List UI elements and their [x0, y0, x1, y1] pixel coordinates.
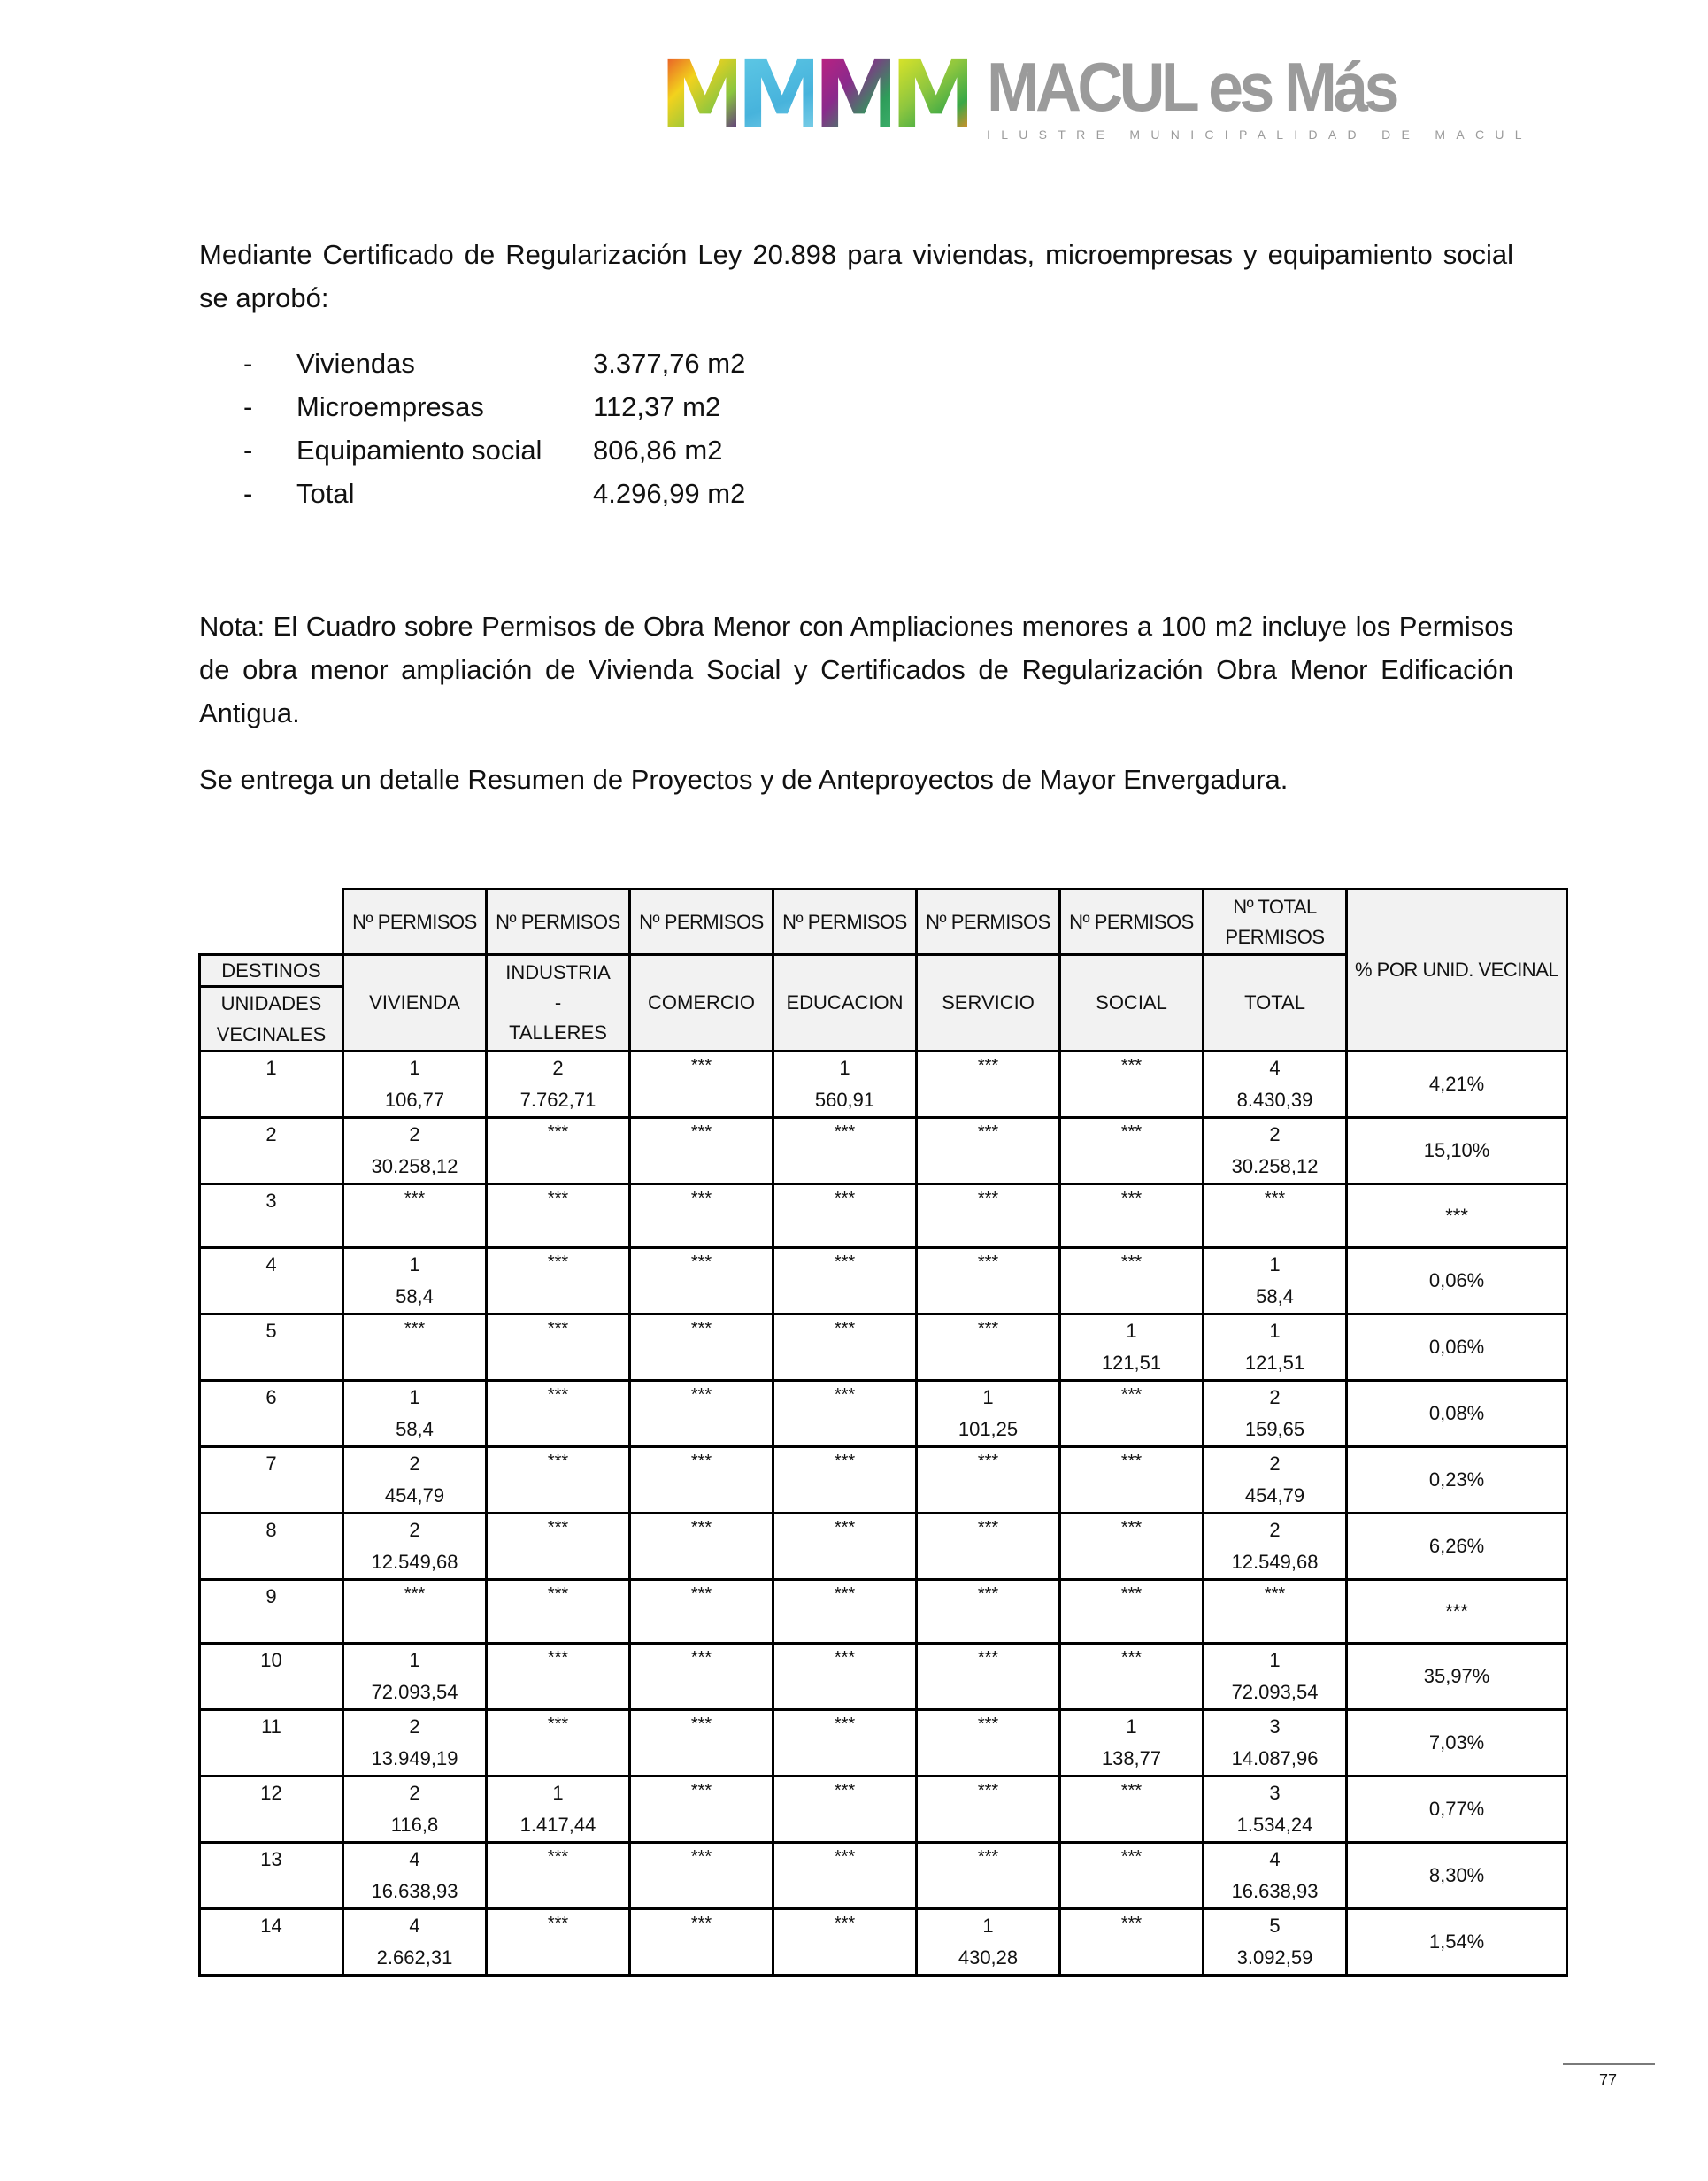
- permit-count: 1: [1204, 1645, 1345, 1676]
- permit-cell: ***: [487, 1381, 630, 1447]
- permit-cell: ***: [1060, 1184, 1204, 1248]
- no-data-marker: ***: [774, 1581, 915, 1607]
- column-header-permits: Nº TOTAL PERMISOS: [1204, 890, 1347, 955]
- permit-cell: ***: [917, 1644, 1060, 1710]
- bullet-dash: -: [243, 385, 296, 428]
- permit-cell: ***: [487, 1314, 630, 1381]
- column-header-permits: Nº PERMISOS: [917, 890, 1060, 955]
- permit-cell: ***: [917, 1184, 1060, 1248]
- percent-cell: 0,77%: [1347, 1776, 1567, 1843]
- no-data-marker: ***: [918, 1052, 1058, 1079]
- neighborhood-unit-cell: 14: [200, 1909, 343, 1976]
- column-header-destination: SOCIAL: [1060, 955, 1204, 1052]
- permit-cell: 42.662,31: [343, 1909, 487, 1976]
- permit-cell: 212.549,68: [343, 1514, 487, 1580]
- neighborhood-unit-cell: 8: [200, 1514, 343, 1580]
- permit-cell: ***: [487, 1580, 630, 1644]
- no-data-marker: ***: [774, 1249, 915, 1275]
- no-data-marker: ***: [488, 1711, 628, 1738]
- permit-cell: 1121,51: [1060, 1314, 1204, 1381]
- neighborhood-unit-cell: 11: [200, 1710, 343, 1776]
- table-row: 5***************1121,511121,510,06%: [200, 1314, 1567, 1381]
- permit-cell: ***: [917, 1052, 1060, 1118]
- permit-count: 2: [344, 1711, 485, 1743]
- item-value: 806,86 m2: [593, 428, 723, 472]
- no-data-marker: ***: [1061, 1581, 1202, 1607]
- permit-cell: ***: [773, 1909, 917, 1976]
- no-data-marker: ***: [918, 1315, 1058, 1342]
- permit-cell: 2159,65: [1204, 1381, 1347, 1447]
- no-data-marker: ***: [918, 1844, 1058, 1870]
- permit-count: 4: [1204, 1844, 1345, 1876]
- permit-cell: ***: [630, 1447, 773, 1514]
- permit-area: 8.430,39: [1204, 1084, 1345, 1116]
- summary-paragraph: Se entrega un detalle Resumen de Proyect…: [199, 758, 1513, 801]
- permit-count: 2: [344, 1119, 485, 1151]
- list-item: -Total4.296,99 m2: [243, 472, 745, 515]
- permit-count: 2: [344, 1514, 485, 1546]
- permit-cell: ***: [773, 1248, 917, 1314]
- permit-area: 12.549,68: [344, 1546, 485, 1578]
- permit-cell: ***: [773, 1776, 917, 1843]
- no-data-marker: ***: [631, 1185, 772, 1212]
- percent-cell: 8,30%: [1347, 1843, 1567, 1909]
- page-number: 77: [1599, 2071, 1617, 2090]
- permit-count: 1: [918, 1910, 1058, 1942]
- permit-cell: ***: [917, 1248, 1060, 1314]
- permit-cell: ***: [630, 1710, 773, 1776]
- no-data-marker: ***: [918, 1514, 1058, 1541]
- permit-area: 16.638,93: [1204, 1876, 1345, 1907]
- percent-header: % POR UNID. VECINAL: [1347, 890, 1567, 1052]
- neighborhood-unit-cell: 13: [200, 1843, 343, 1909]
- permit-cell: ***: [773, 1118, 917, 1184]
- permit-cell: ***: [487, 1843, 630, 1909]
- permit-cell: ***: [917, 1843, 1060, 1909]
- permit-cell: ***: [773, 1843, 917, 1909]
- item-label: Total: [296, 472, 593, 515]
- permit-cell: 31.534,24: [1204, 1776, 1347, 1843]
- permit-cell: 230.258,12: [343, 1118, 487, 1184]
- permit-cell: ***: [1060, 1118, 1204, 1184]
- no-data-marker: ***: [774, 1777, 915, 1804]
- column-header-permits: Nº PERMISOS: [773, 890, 917, 955]
- no-data-marker: ***: [1061, 1185, 1202, 1212]
- empty-header-cell: [200, 890, 343, 955]
- item-value: 4.296,99 m2: [593, 472, 745, 515]
- no-data-marker: ***: [631, 1581, 772, 1607]
- no-data-marker: ***: [631, 1382, 772, 1408]
- permit-cell: ***: [487, 1447, 630, 1514]
- permit-count: 3: [1204, 1711, 1345, 1743]
- permit-cell: ***: [773, 1710, 917, 1776]
- no-data-marker: ***: [1061, 1777, 1202, 1804]
- permit-cell: ***: [773, 1580, 917, 1644]
- permit-cell: ***: [773, 1381, 917, 1447]
- permit-cell: 1106,77: [343, 1052, 487, 1118]
- no-data-marker: ***: [774, 1645, 915, 1671]
- permit-area: 58,4: [344, 1414, 485, 1445]
- permit-cell: 416.638,93: [1204, 1843, 1347, 1909]
- column-header-permits: Nº PERMISOS: [343, 890, 487, 955]
- no-data-marker: ***: [1204, 1185, 1345, 1212]
- no-data-marker: ***: [774, 1185, 915, 1212]
- column-header-destination: TOTAL: [1204, 955, 1347, 1052]
- no-data-marker: ***: [344, 1581, 485, 1607]
- no-data-marker: ***: [918, 1777, 1058, 1804]
- no-data-marker: ***: [488, 1844, 628, 1870]
- permit-cell: 1430,28: [917, 1909, 1060, 1976]
- permit-area: 3.092,59: [1204, 1942, 1345, 1974]
- permit-cell: ***: [343, 1314, 487, 1381]
- permit-area: 14.087,96: [1204, 1743, 1345, 1775]
- permit-count: 1: [344, 1382, 485, 1414]
- no-data-marker: ***: [488, 1119, 628, 1145]
- permit-area: 121,51: [1061, 1347, 1202, 1379]
- permit-cell: ***: [1060, 1580, 1204, 1644]
- permit-cell: ***: [917, 1776, 1060, 1843]
- permit-cell: ***: [917, 1314, 1060, 1381]
- no-data-marker: ***: [488, 1382, 628, 1408]
- no-data-marker: ***: [774, 1315, 915, 1342]
- neighborhood-unit-cell: 9: [200, 1580, 343, 1644]
- permit-count: 1: [918, 1382, 1058, 1414]
- neighborhood-unit-cell: 7: [200, 1447, 343, 1514]
- no-data-marker: ***: [631, 1448, 772, 1475]
- permit-count: 1: [344, 1249, 485, 1281]
- no-data-marker: ***: [918, 1711, 1058, 1738]
- no-data-marker: ***: [1061, 1382, 1202, 1408]
- item-label: Equipamiento social: [296, 428, 593, 472]
- percent-cell: 4,21%: [1347, 1052, 1567, 1118]
- permit-cell: ***: [1060, 1644, 1204, 1710]
- no-data-marker: ***: [631, 1119, 772, 1145]
- permit-cell: 1138,77: [1060, 1710, 1204, 1776]
- no-data-marker: ***: [1061, 1514, 1202, 1541]
- approved-area-list: -Viviendas3.377,76 m2-Microempresas112,3…: [243, 342, 745, 515]
- logo-wordmark: MACUL es Más ILUSTRE MUNICIPALIDAD DE MA…: [987, 55, 1533, 142]
- permit-cell: ***: [487, 1514, 630, 1580]
- permit-area: 454,79: [1204, 1480, 1345, 1512]
- permit-area: 58,4: [1204, 1281, 1345, 1313]
- no-data-marker: ***: [918, 1119, 1058, 1145]
- permit-area: 1.534,24: [1204, 1809, 1345, 1841]
- table-header-row-1: Nº PERMISOSNº PERMISOSNº PERMISOSNº PERM…: [200, 890, 1567, 955]
- no-data-marker: ***: [1061, 1119, 1202, 1145]
- no-data-marker: ***: [631, 1052, 772, 1079]
- permit-cell: 314.087,96: [1204, 1710, 1347, 1776]
- column-header-permits: Nº PERMISOS: [630, 890, 773, 955]
- permit-cell: ***: [1060, 1909, 1204, 1976]
- column-header-permits: Nº PERMISOS: [1060, 890, 1204, 955]
- logo-subtitle: ILUSTRE MUNICIPALIDAD DE MACUL: [987, 127, 1533, 142]
- permit-cell: ***: [917, 1118, 1060, 1184]
- no-data-marker: ***: [1061, 1645, 1202, 1671]
- permit-cell: ***: [917, 1447, 1060, 1514]
- permit-area: 101,25: [918, 1414, 1058, 1445]
- note-paragraph: Nota: El Cuadro sobre Permisos de Obra M…: [199, 605, 1513, 735]
- permit-cell: 158,4: [1204, 1248, 1347, 1314]
- permit-count: 2: [1204, 1448, 1345, 1480]
- no-data-marker: ***: [918, 1249, 1058, 1275]
- item-label: Viviendas: [296, 342, 593, 385]
- permit-area: 430,28: [918, 1942, 1058, 1974]
- percent-cell: 7,03%: [1347, 1710, 1567, 1776]
- column-header-permits: Nº PERMISOS: [487, 890, 630, 955]
- permit-cell: 230.258,12: [1204, 1118, 1347, 1184]
- neighborhood-unit-cell: 10: [200, 1644, 343, 1710]
- permit-cell: ***: [630, 1248, 773, 1314]
- municipality-logo: M M M M MACUL es Más ILUSTRE MUNICIPALID…: [659, 55, 1533, 143]
- table-row: 9************************: [200, 1580, 1567, 1644]
- permit-area: 106,77: [344, 1084, 485, 1116]
- permits-table: Nº PERMISOSNº PERMISOSNº PERMISOSNº PERM…: [198, 888, 1568, 1977]
- permit-cell: ***: [487, 1909, 630, 1976]
- permit-cell: 1101,25: [917, 1381, 1060, 1447]
- permit-cell: ***: [773, 1644, 917, 1710]
- table-row: 10172.093,54***************172.093,5435,…: [200, 1644, 1567, 1710]
- permit-cell: 172.093,54: [1204, 1644, 1347, 1710]
- permit-cell: ***: [1060, 1381, 1204, 1447]
- permit-cell: ***: [630, 1314, 773, 1381]
- permit-cell: ***: [630, 1580, 773, 1644]
- permit-cell: 158,4: [343, 1248, 487, 1314]
- percent-cell: 15,10%: [1347, 1118, 1567, 1184]
- permit-cell: ***: [630, 1644, 773, 1710]
- list-item: -Viviendas3.377,76 m2: [243, 342, 745, 385]
- no-data-marker: ***: [774, 1844, 915, 1870]
- permit-count: 1: [488, 1777, 628, 1809]
- permit-area: 7.762,71: [488, 1084, 628, 1116]
- permit-count: 1: [1061, 1315, 1202, 1347]
- permit-cell: ***: [487, 1184, 630, 1248]
- no-data-marker: ***: [918, 1448, 1058, 1475]
- no-data-marker: ***: [631, 1514, 772, 1541]
- logo-letter: M: [736, 55, 813, 135]
- table-row: 11106,7727.762,71***1560,91******48.430,…: [200, 1052, 1567, 1118]
- no-data-marker: ***: [1061, 1448, 1202, 1475]
- no-data-marker: ***: [488, 1910, 628, 1937]
- permit-cell: ***: [487, 1248, 630, 1314]
- permit-cell: 1560,91: [773, 1052, 917, 1118]
- permit-cell: 416.638,93: [343, 1843, 487, 1909]
- no-data-marker: ***: [1061, 1844, 1202, 1870]
- permit-count: 3: [1204, 1777, 1345, 1809]
- no-data-marker: ***: [918, 1185, 1058, 1212]
- permit-cell: ***: [917, 1580, 1060, 1644]
- permit-area: 116,8: [344, 1809, 485, 1841]
- no-data-marker: ***: [488, 1249, 628, 1275]
- percent-cell: 0,23%: [1347, 1447, 1567, 1514]
- no-data-marker: ***: [774, 1910, 915, 1937]
- no-data-marker: ***: [344, 1315, 485, 1342]
- neighborhood-unit-cell: 1: [200, 1052, 343, 1118]
- no-data-marker: ***: [631, 1249, 772, 1275]
- table-row: 8212.549,68***************212.549,686,26…: [200, 1514, 1567, 1580]
- permit-cell: ***: [630, 1052, 773, 1118]
- permit-count: 5: [1204, 1910, 1345, 1942]
- item-label: Microempresas: [296, 385, 593, 428]
- list-item: -Microempresas112,37 m2: [243, 385, 745, 428]
- item-value: 112,37 m2: [593, 385, 720, 428]
- permit-area: 2.662,31: [344, 1942, 485, 1974]
- permit-count: 2: [344, 1777, 485, 1809]
- no-data-marker: ***: [1061, 1249, 1202, 1275]
- permit-cell: 11.417,44: [487, 1776, 630, 1843]
- permit-cell: ***: [630, 1514, 773, 1580]
- permit-area: 454,79: [344, 1480, 485, 1512]
- permit-area: 13.949,19: [344, 1743, 485, 1775]
- neighborhood-unit-cell: 12: [200, 1776, 343, 1843]
- no-data-marker: ***: [774, 1382, 915, 1408]
- permit-cell: ***: [1204, 1580, 1347, 1644]
- permit-cell: ***: [773, 1447, 917, 1514]
- bullet-dash: -: [243, 472, 296, 515]
- no-data-marker: ***: [488, 1315, 628, 1342]
- permit-cell: ***: [630, 1909, 773, 1976]
- permit-cell: ***: [1060, 1776, 1204, 1843]
- permit-cell: ***: [1060, 1514, 1204, 1580]
- logo-letter: M: [659, 55, 736, 135]
- no-data-marker: ***: [774, 1711, 915, 1738]
- logo-title: MACUL es Más: [987, 55, 1489, 119]
- permit-cell: 158,4: [343, 1381, 487, 1447]
- column-header-destination: VIVIENDA: [343, 955, 487, 1052]
- table-row: 4158,4***************158,40,06%: [200, 1248, 1567, 1314]
- table-row: 6158,4*********1101,25***2159,650,08%: [200, 1381, 1567, 1447]
- permit-area: 58,4: [344, 1281, 485, 1313]
- no-data-marker: ***: [1204, 1581, 1345, 1607]
- table-row: 122116,811.417,44************31.534,240,…: [200, 1776, 1567, 1843]
- unidades-vecinales-label: UNIDADES VECINALES: [201, 988, 342, 1050]
- percent-cell: 0,06%: [1347, 1248, 1567, 1314]
- permit-count: 1: [1204, 1315, 1345, 1347]
- neighborhood-unit-cell: 3: [200, 1184, 343, 1248]
- permit-cell: 2454,79: [343, 1447, 487, 1514]
- no-data-marker: ***: [631, 1645, 772, 1671]
- permit-count: 4: [344, 1910, 485, 1942]
- table-row: 11213.949,19************1138,77314.087,9…: [200, 1710, 1567, 1776]
- item-value: 3.377,76 m2: [593, 342, 745, 385]
- permit-cell: ***: [630, 1118, 773, 1184]
- table-row: 3************************: [200, 1184, 1567, 1248]
- percent-cell: 0,08%: [1347, 1381, 1567, 1447]
- percent-cell: 0,06%: [1347, 1314, 1567, 1381]
- logo-letter: M: [813, 55, 890, 135]
- permit-cell: 212.549,68: [1204, 1514, 1347, 1580]
- permit-cell: 1121,51: [1204, 1314, 1347, 1381]
- permit-cell: ***: [1060, 1843, 1204, 1909]
- no-data-marker: ***: [631, 1315, 772, 1342]
- permit-cell: 2454,79: [1204, 1447, 1347, 1514]
- table-row: 1442.662,31*********1430,28***53.092,591…: [200, 1909, 1567, 1976]
- permit-cell: ***: [1060, 1248, 1204, 1314]
- percent-cell: 35,97%: [1347, 1644, 1567, 1710]
- no-data-marker: ***: [488, 1581, 628, 1607]
- permit-cell: ***: [343, 1580, 487, 1644]
- permit-count: 4: [344, 1844, 485, 1876]
- footer-rule: [1563, 2063, 1655, 2065]
- permit-cell: ***: [343, 1184, 487, 1248]
- no-data-marker: ***: [488, 1645, 628, 1671]
- no-data-marker: ***: [631, 1844, 772, 1870]
- permit-cell: ***: [630, 1776, 773, 1843]
- permit-cell: ***: [630, 1184, 773, 1248]
- neighborhood-unit-cell: 2: [200, 1118, 343, 1184]
- permit-count: 2: [1204, 1119, 1345, 1151]
- neighborhood-unit-cell: 6: [200, 1381, 343, 1447]
- permit-cell: ***: [487, 1710, 630, 1776]
- permit-area: 72.093,54: [344, 1676, 485, 1708]
- permit-count: 2: [344, 1448, 485, 1480]
- percent-cell: 1,54%: [1347, 1909, 1567, 1976]
- permit-count: 1: [344, 1052, 485, 1084]
- permit-cell: ***: [1204, 1184, 1347, 1248]
- no-data-marker: ***: [488, 1514, 628, 1541]
- permit-cell: ***: [773, 1184, 917, 1248]
- logo-letter: M: [890, 55, 967, 135]
- no-data-marker: ***: [1061, 1052, 1202, 1079]
- permit-count: 2: [1204, 1382, 1345, 1414]
- permit-cell: ***: [917, 1710, 1060, 1776]
- permit-area: 560,91: [774, 1084, 915, 1116]
- permit-count: 1: [1204, 1249, 1345, 1281]
- permit-cell: ***: [487, 1644, 630, 1710]
- table-row: 2230.258,12***************230.258,1215,1…: [200, 1118, 1567, 1184]
- column-header-destination: COMERCIO: [630, 955, 773, 1052]
- table-row: 72454,79***************2454,790,23%: [200, 1447, 1567, 1514]
- permit-area: 16.638,93: [344, 1876, 485, 1907]
- permit-cell: 27.762,71: [487, 1052, 630, 1118]
- permit-area: 72.093,54: [1204, 1676, 1345, 1708]
- permit-area: 138,77: [1061, 1743, 1202, 1775]
- permit-cell: ***: [487, 1118, 630, 1184]
- list-item: -Equipamiento social806,86 m2: [243, 428, 745, 472]
- destinos-label: DESTINOS: [201, 956, 342, 988]
- permit-area: 30.258,12: [344, 1151, 485, 1183]
- bullet-dash: -: [243, 428, 296, 472]
- permit-cell: 2116,8: [343, 1776, 487, 1843]
- no-data-marker: ***: [488, 1448, 628, 1475]
- permit-count: 2: [1204, 1514, 1345, 1546]
- permit-area: 1.417,44: [488, 1809, 628, 1841]
- permit-area: 30.258,12: [1204, 1151, 1345, 1183]
- no-data-marker: ***: [631, 1777, 772, 1804]
- column-header-destination: EDUCACION: [773, 955, 917, 1052]
- column-header-destination: INDUSTRIA - TALLERES: [487, 955, 630, 1052]
- neighborhood-unit-cell: 5: [200, 1314, 343, 1381]
- permit-cell: 53.092,59: [1204, 1909, 1347, 1976]
- percent-cell: ***: [1347, 1580, 1567, 1644]
- bullet-dash: -: [243, 342, 296, 385]
- permit-cell: ***: [917, 1514, 1060, 1580]
- permit-area: 159,65: [1204, 1414, 1345, 1445]
- percent-cell: 6,26%: [1347, 1514, 1567, 1580]
- percent-cell: ***: [1347, 1184, 1567, 1248]
- neighborhood-unit-cell: 4: [200, 1248, 343, 1314]
- no-data-marker: ***: [774, 1119, 915, 1145]
- permit-cell: ***: [773, 1314, 917, 1381]
- permit-cell: ***: [630, 1843, 773, 1909]
- intro-paragraph: Mediante Certificado de Regularización L…: [199, 233, 1513, 320]
- destinations-header: DESTINOS UNIDADES VECINALES: [200, 955, 343, 1052]
- permit-cell: 172.093,54: [343, 1644, 487, 1710]
- no-data-marker: ***: [488, 1185, 628, 1212]
- permit-cell: ***: [1060, 1052, 1204, 1118]
- permit-count: 1: [774, 1052, 915, 1084]
- no-data-marker: ***: [631, 1910, 772, 1937]
- no-data-marker: ***: [344, 1185, 485, 1212]
